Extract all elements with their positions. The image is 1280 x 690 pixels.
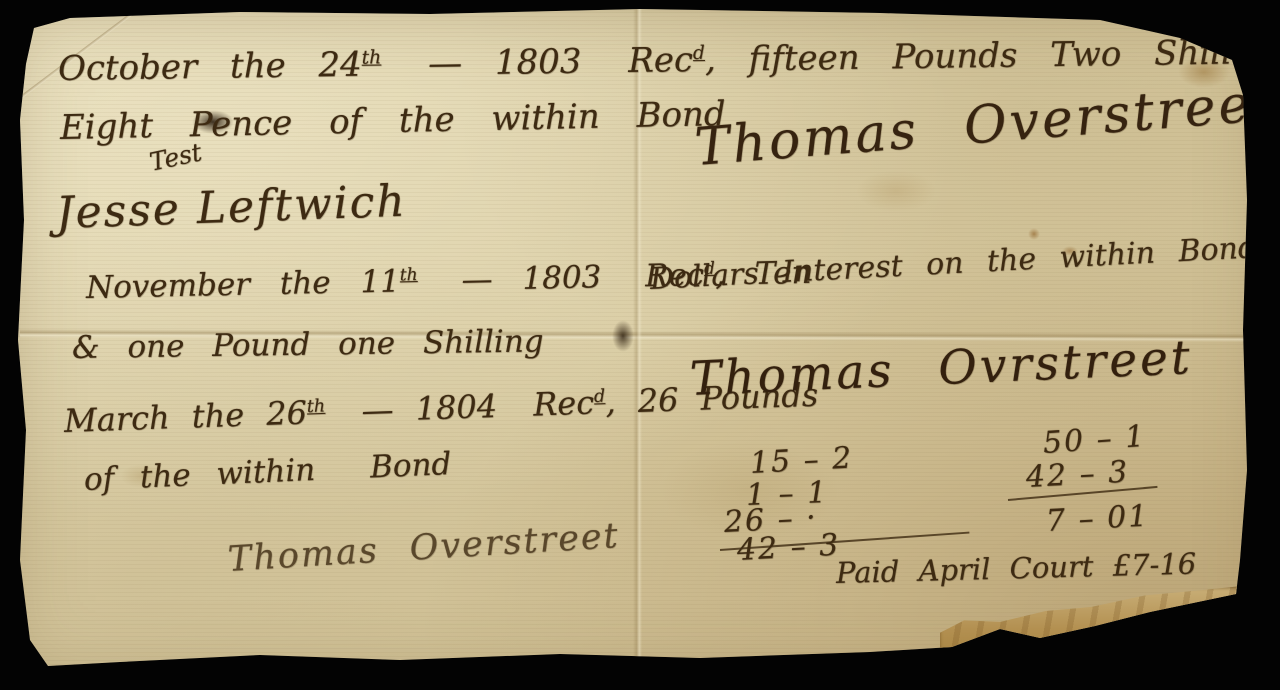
receipt-nov-line1-right: Dollars Interest on the within Bond <box>649 230 1258 297</box>
worn-torn-edge <box>940 586 1242 664</box>
signature-jesse-leftwich: Jesse Leftwich <box>55 176 407 239</box>
year-text: — 1804 <box>361 387 498 430</box>
received-superscript: d <box>594 387 606 407</box>
account-right-row: 50 – 1 <box>1042 419 1148 461</box>
received-abbreviation: Rec <box>628 40 693 81</box>
rust-spot <box>1028 228 1040 240</box>
year-text: — 1803 <box>461 259 601 298</box>
date-text: March the 26 <box>63 394 307 440</box>
paid-court-note: Paid April Court £7-16 <box>836 547 1197 590</box>
paper-stain <box>856 170 936 212</box>
account-left-row: 15 – 2 <box>749 441 854 481</box>
line2-text: of the within <box>83 452 316 498</box>
signature-thomas-overstreet-1: Thomas Overstreet <box>693 72 1278 178</box>
manuscript-paper: October the 24th — 1803 Recd, fifteen Po… <box>0 0 1280 690</box>
ordinal-superscript: th <box>306 396 325 417</box>
received-superscript: d <box>693 43 705 64</box>
received-abbreviation: Rec <box>533 383 595 423</box>
bond-word: Bond <box>369 446 452 486</box>
account-right-row: 7 – 01 <box>1045 499 1150 539</box>
receipt-mar-line2: of the withinBond <box>83 446 452 498</box>
signature-thomas-overstreet-3: Thomas Overstreet <box>227 516 621 580</box>
signature-thomas-overstreet-2: Thomas Ovrstreet <box>689 330 1194 407</box>
year-text: — 1803 <box>428 42 582 84</box>
date-text: October the 24 <box>58 45 362 89</box>
date-text: November the 11 <box>86 263 401 306</box>
receipt-oct-line2: Eight Pence of the within Bond <box>60 94 726 148</box>
amount-text: , fifteen Pounds Two Shillings <box>705 32 1280 80</box>
receipt-oct-line1: October the 24th — 1803 Recd, fifteen Po… <box>58 21 1280 91</box>
ordinal-superscript: th <box>362 47 382 68</box>
receipt-nov-line2: & one Pound one Shilling <box>72 323 544 366</box>
ordinal-superscript: th <box>400 265 418 285</box>
